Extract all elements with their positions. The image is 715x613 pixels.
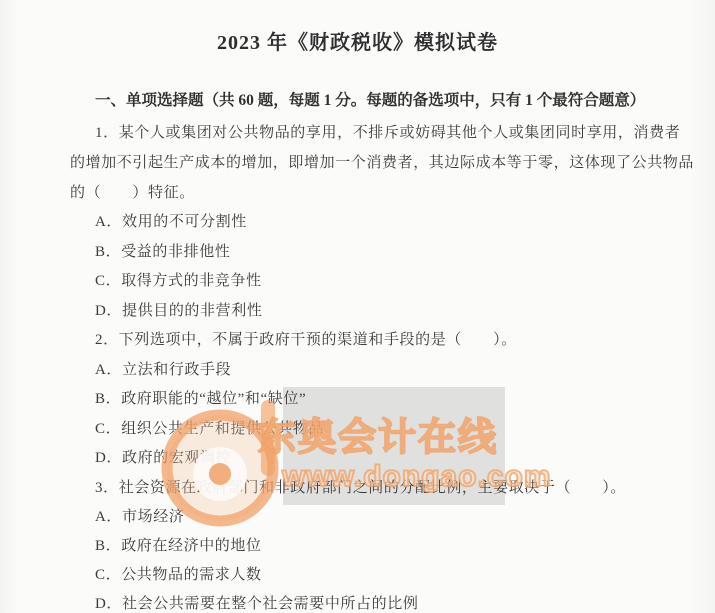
question-2-option-d: D．政府的宏观调控 (95, 446, 231, 467)
page-title: 2023 年《财政税收》模拟试卷 (0, 26, 715, 55)
question-2-stem: 2．下列选项中，不属于政府干预的渠道和手段的是（ ）。 (95, 328, 517, 349)
question-1-option-b: B．受益的非排他性 (95, 240, 230, 261)
exam-paper-page: 2023 年《财政税收》模拟试卷 一、单项选择题（共 60 题，每题 1 分。每… (0, 0, 715, 613)
question-1-option-a: A．效用的不可分割性 (95, 210, 247, 231)
question-2-option-b: B．政府职能的“越位”和“缺位” (95, 387, 306, 408)
question-1-line-1: 1．某个人或集团对公共物品的享用，不排斥或妨碍其他个人或集团同时享用，消费者 (95, 121, 680, 142)
section-heading: 一、单项选择题（共 60 题，每题 1 分。每题的备选项中，只有 1 个最符合题… (95, 88, 645, 110)
question-3-option-a: A．市场经济 (95, 505, 184, 526)
question-2-option-a: A．立法和行政手段 (95, 358, 231, 379)
question-3-option-b: B．政府在经济中的地位 (95, 534, 262, 555)
question-2-option-c: C．组织公共生产和提供公共物品 (95, 417, 324, 438)
question-3-option-c: C．公共物品的需求人数 (95, 563, 262, 584)
question-1-option-c: C．取得方式的非竞争性 (95, 269, 262, 290)
question-1-line-3: 的（ ）特征。 (70, 181, 195, 202)
question-3-stem: 3．社会资源在政府部门和非政府部门之间的分配比例，主要取决于（ ）。 (95, 476, 626, 497)
question-1-option-d: D．提供目的的非营利性 (95, 299, 262, 320)
question-1-line-2: 的增加不引起生产成本的增加，即增加一个消费者，其边际成本等于零，这体现了公共物品 (70, 151, 694, 172)
question-3-option-d: D．社会公共需要在整个社会需要中所占的比例 (95, 592, 418, 613)
